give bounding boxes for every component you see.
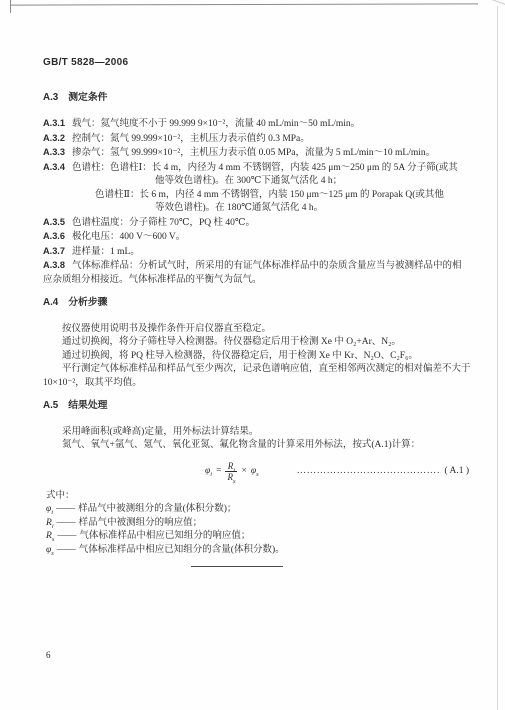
clause-a3-6: A.3.6极化电压：400 V～600 V。 (43, 230, 473, 245)
clause-a3-2: A.3.2控制气：氮气 99.999×10⁻²，主机压力表示值约 0.3 MPa… (43, 132, 473, 147)
clause-a3-4-cont3: 等效色谱柱)。在 180℃通氮气活化 4 h。 (43, 202, 473, 216)
em-dash: —— (57, 531, 76, 541)
where-item-phi-i: φi——样品气中被测组分的含量(体积分数)； (43, 503, 473, 517)
multiply-sign: × (241, 465, 246, 479)
where-item-phi-s: φs——气体标准样品中相应已知组分的含量(体积分数)。 (43, 544, 473, 558)
paragraph: 平行测定气体标准样品和样品气至少两次，记录色谱响应值，直至相邻两次测定的相对偏差… (43, 363, 473, 377)
formula-rhs: φs (251, 465, 259, 479)
em-dash: —— (57, 518, 76, 528)
variable-symbol: φi (46, 504, 53, 514)
fraction-denominator: Rs (225, 471, 237, 482)
section-number: A.4 (43, 297, 58, 308)
section-heading-a3: A.3测定条件 (43, 91, 473, 105)
scanned-standard-page: GB/T 5828—2006 A.3测定条件 A.3.1载气：氦气纯度不小于 9… (0, 0, 505, 710)
clause-a3-4-cont2: 色谱柱Ⅱ：长 6 m，内径 4 mm 不锈钢管，内装 150 μm～125 μm… (43, 189, 473, 203)
clause-number: A.3.4 (43, 162, 65, 172)
formula-lhs: φi (205, 465, 212, 479)
clause-a3-8: A.3.8气体标准样品：分析试气时，所采用的有证气体标准样品中的杂质含量应当与被… (43, 259, 473, 274)
paragraph: 通过切换阀，将 PQ 柱导入检测器，待仪器稳定后，用于检测 Xe 中 Kr、N₂… (43, 350, 473, 364)
variable-description: 气体标准样品中相应已知组分的含量(体积分数)。 (79, 545, 285, 555)
variable-symbol: φs (46, 545, 54, 555)
em-dash: —— (56, 504, 75, 514)
clause-number: A.3.8 (43, 260, 65, 270)
clause-a3-1: A.3.1载气：氦气纯度不小于 99.999 9×10⁻²，流量 40 mL/m… (43, 117, 473, 132)
clause-a3-4: A.3.4色谱柱：色谱柱Ⅰ：长 4 m，内径为 4 mm 不锈钢管，内装 425… (43, 161, 473, 176)
clause-text: 进样量：1 mL。 (72, 247, 140, 257)
variable-description: 样品气中被测组分的响应值； (79, 518, 203, 528)
clause-text: 色谱柱温度：分子筛柱 70℃，PQ 柱 40℃。 (72, 218, 255, 228)
clause-a3-5: A.3.5色谱柱温度：分子筛柱 70℃，PQ 柱 40℃。 (43, 216, 473, 231)
clause-a3-3: A.3.3掺杂气：氢气 99.999×10⁻²，主机压力表示值 0.05 MPa… (43, 146, 473, 161)
section-heading-a4: A.4分析步骤 (43, 296, 473, 310)
fraction-numerator: Ri (226, 461, 237, 471)
paragraph: 采用峰面积(或峰高)定量，用外标法计算结果。 (43, 426, 473, 440)
clause-number: A.3.2 (43, 133, 65, 143)
scan-edge-top (10, 3, 478, 5)
formula-expression: φi = Ri Rs × φs (205, 461, 259, 482)
clause-a3-7: A.3.7进样量：1 mL。 (43, 245, 473, 260)
fraction: Ri Rs (225, 461, 237, 482)
section-heading-a5: A.5结果处理 (43, 399, 473, 413)
clause-text: 气体标准样品：分析试气时，所采用的有证气体标准样品中的杂质含量应当与被测样品中的… (72, 261, 462, 271)
section-title: 测定条件 (68, 92, 107, 103)
where-label: 式中： (43, 490, 473, 504)
section-title: 结果处理 (68, 400, 107, 411)
clause-number: A.3.5 (43, 217, 65, 227)
scan-edge-left (10, 0, 11, 13)
variable-description: 气体标准样品中相应已知组分的响应值； (79, 531, 250, 541)
doc-code: GB/T 5828—2006 (43, 56, 473, 70)
clause-number: A.3.7 (43, 246, 65, 256)
paragraph: 氮气、氧气+氩气、氪气、氧化亚氮、氟化物含量的计算采用外标法，按式(A.1)计算… (43, 439, 473, 453)
clause-text: 极化电压：400 V～600 V。 (72, 232, 185, 242)
section-number: A.3 (43, 92, 58, 103)
equals-sign: = (216, 465, 221, 479)
page-number: 6 (46, 650, 51, 660)
clause-text: 掺杂气：氢气 99.999×10⁻²，主机压力表示值 0.05 MPa，流量为 … (72, 148, 435, 158)
clause-a3-4-cont1: 他等效色谱柱)。在 300℃下通氮气活化 4 h； (43, 175, 473, 189)
clause-text: 色谱柱：色谱柱Ⅰ：长 4 m，内径为 4 mm 不锈钢管，内装 425 μm～2… (72, 163, 458, 173)
paragraph: 通过切换阀，将分子筛柱导入检测器。待仪器稳定后用于检测 Xe 中 O₂+Ar、N… (43, 336, 473, 350)
clause-number: A.3.1 (43, 118, 65, 128)
where-item-r-i: Ri——样品气中被测组分的响应值； (43, 517, 473, 531)
scan-edge-right (497, 6, 498, 710)
clause-number: A.3.6 (43, 231, 65, 241)
variable-symbol: Ri (46, 518, 54, 528)
section-number: A.5 (43, 400, 58, 411)
formula-a1: φi = Ri Rs × φs ……………………………………… ( A.1 ) (43, 460, 473, 484)
page-content: GB/T 5828—2006 A.3测定条件 A.3.1载气：氦气纯度不小于 9… (43, 56, 473, 567)
paragraph-continuation: 10×10⁻²，取其平均值。 (43, 377, 473, 391)
clause-a3-8-cont1: 应杂质组分相接近。气体标准样品的平衡气为氙气。 (43, 274, 473, 288)
section-title: 分析步骤 (68, 297, 107, 308)
paragraph: 按仪器使用说明书及操作条件开启仪器直至稳定。 (43, 323, 473, 337)
em-dash: —— (57, 545, 76, 555)
variable-description: 样品气中被测组分的含量(体积分数)； (78, 504, 236, 514)
clause-text: 控制气：氮气 99.999×10⁻²，主机压力表示值约 0.3 MPa。 (72, 134, 310, 144)
dot-leader: ……………………………………… (297, 465, 442, 479)
clause-text: 载气：氦气纯度不小于 99.999 9×10⁻²，流量 40 mL/min～50… (72, 119, 360, 129)
formula-label: ( A.1 ) (444, 465, 469, 479)
end-of-text-rule (191, 566, 283, 567)
where-item-r-s: Rs——气体标准样品中相应已知组分的响应值； (43, 530, 473, 544)
clause-number: A.3.3 (43, 147, 65, 157)
variable-symbol: Rs (46, 531, 54, 541)
